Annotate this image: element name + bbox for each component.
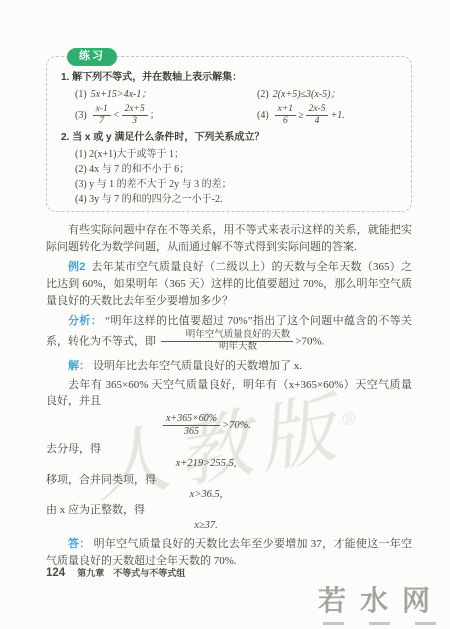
exercise-1-item-2: (2)2(x+5)≤3(x-5)； — [257, 87, 401, 102]
solution-label: 解： — [68, 360, 90, 372]
fraction: 明年空气质量良好的天数明年天数 — [161, 330, 294, 354]
example-text: 去年某市空气质量良好（二级以上）的天数与全年天数（365）之比达到 60%，如果… — [46, 261, 412, 306]
fraction: x+16 — [275, 104, 296, 128]
main-inequality: x+365×60%365>70%. — [46, 413, 366, 438]
exercise-1-row-2: (3)x-17<2x+53； (4)x+16≥2x-54+1. — [61, 104, 401, 128]
exercise-1-item-3: (3)x-17<2x+53； — [75, 104, 257, 128]
fraction-numerator: x+365×60% — [163, 413, 220, 426]
page-footer: 124 第九章 不等式与不等式组 — [46, 566, 185, 579]
exercise-1-row-1: (1)5x+15>4x-1； (2)2(x+5)≤3(x-5)； — [61, 87, 401, 102]
exercise-2-item-2: (2) 4x 与 7 的和不小于 6； — [61, 162, 401, 177]
answer-label: 答： — [68, 538, 91, 550]
analysis-label: 分析： — [68, 315, 102, 327]
intro-paragraph: 有些实际问题中存在不等关系，用不等式来表示这样的关系，就能把实际问题转化为数学问… — [46, 222, 412, 255]
exercise-1-item-1: (1)5x+15>4x-1； — [75, 87, 257, 102]
page-number: 124 — [46, 567, 65, 579]
example-label: 例2 — [68, 261, 85, 273]
chapter-title: 不等式与不等式组 — [113, 566, 185, 579]
item-number: (2) — [257, 89, 269, 100]
exercise-2-item-3: (3) y 与 1 的差不大于 2y 与 3 的差； — [61, 177, 401, 192]
inequality-tail: >70%. — [222, 420, 251, 431]
exercise-2-item-4: (4) 3y 与 7 的和的四分之一小于-2. — [61, 192, 401, 207]
fraction: x-17 — [93, 104, 111, 128]
formula-tail: +1. — [330, 110, 344, 121]
step-label-2: 移项，合并同类项，得 — [46, 473, 412, 488]
equation-2: x>36.5, — [46, 488, 366, 502]
fraction: x+365×60%365 — [163, 413, 220, 438]
fraction-numerator: x-1 — [93, 104, 111, 116]
fraction-denominator: 明年天数 — [161, 342, 294, 353]
page-content: 练习 1. 解下列不等式，并在数轴上表示解集： (1)5x+15>4x-1； (… — [46, 56, 412, 573]
solution-paragraph-2: 去年有 365×60% 天空气质量良好，明年有（x+365×60%）天空气质量良… — [46, 377, 412, 410]
fraction-denominator: 6 — [275, 116, 296, 127]
practice-exercise-box: 练习 1. 解下列不等式，并在数轴上表示解集： (1)5x+15>4x-1； (… — [46, 56, 412, 212]
item-number: (4) — [257, 110, 269, 121]
solution-line-1: 设明年比去年空气质量良好的天数增加了 x. — [93, 360, 302, 372]
step-label-3: 由 x 应为正整数，得 — [46, 503, 412, 518]
fraction-numerator: x+1 — [275, 104, 296, 116]
chapter-label: 第九章 — [77, 566, 104, 579]
answer-text: 明年空气质量良好的天数比去年至少要增加 37，才能使这一年空气质量良好的天数超过… — [46, 538, 412, 567]
exercise-1-item-4: (4)x+16≥2x-54+1. — [257, 104, 401, 128]
exercise-2-item-1: (1) 2(x+1)大于或等于 1； — [61, 147, 401, 162]
step-label-1: 去分母，得 — [46, 442, 412, 457]
relation-symbol: < — [113, 110, 120, 121]
formula-tail: ； — [150, 110, 160, 121]
fraction: 2x-54 — [306, 104, 329, 128]
fraction-numerator: 2x-5 — [306, 104, 329, 116]
example-paragraph: 例2 去年某市空气质量良好（二级以上）的天数与全年天数（365）之比达到 60%… — [46, 259, 412, 309]
solution-steps: 去分母，得 x+219>255.5, 移项，合并同类项，得 x>36.5, 由 … — [46, 442, 412, 533]
equation-3: x≥37. — [46, 519, 366, 533]
answer-paragraph: 答：明年空气质量良好的天数比去年至少要增加 37，才能使这一年空气质量良好的天数… — [46, 536, 412, 569]
item-number: (3) — [75, 110, 87, 121]
site-watermark: 若水网 — [318, 579, 444, 625]
item-number: (1) — [75, 89, 87, 100]
practice-badge: 练习 — [67, 48, 117, 66]
site-watermark-text: 若水网 — [318, 579, 444, 619]
exercise-2-stem: 2. 当 x 或 y 满足什么条件时，下列关系成立？ — [61, 130, 401, 145]
fraction: 2x+53 — [122, 104, 148, 128]
analysis-inequality-tail: >70%. — [295, 336, 324, 348]
exercise-1-stem: 1. 解下列不等式，并在数轴上表示解集： — [61, 70, 401, 85]
site-watermark-subtext — [318, 622, 444, 625]
fraction-denominator: 4 — [306, 116, 329, 127]
fraction-numerator: 2x+5 — [122, 104, 148, 116]
equation-1: x+219>255.5, — [46, 457, 366, 471]
analysis-paragraph: 分析：“明年这样的比值要超过 70%”指出了这个问题中蕴含的不等关系，转化为不等… — [46, 313, 412, 354]
relation-symbol: ≥ — [298, 110, 304, 121]
solution-paragraph-1: 解：设明年比去年空气质量良好的天数增加了 x. — [46, 358, 412, 375]
textbook-page: 人教版® 练习 1. 解下列不等式，并在数轴上表示解集： (1)5x+15>4x… — [0, 0, 450, 629]
fraction-denominator: 7 — [93, 116, 111, 127]
fraction-denominator: 3 — [122, 116, 148, 127]
inequality-formula: 5x+15>4x-1； — [91, 89, 152, 100]
fraction-numerator: 明年空气质量良好的天数 — [161, 330, 294, 342]
inequality-formula: 2(x+5)≤3(x-5)； — [273, 89, 341, 100]
fraction-denominator: 365 — [163, 426, 220, 438]
